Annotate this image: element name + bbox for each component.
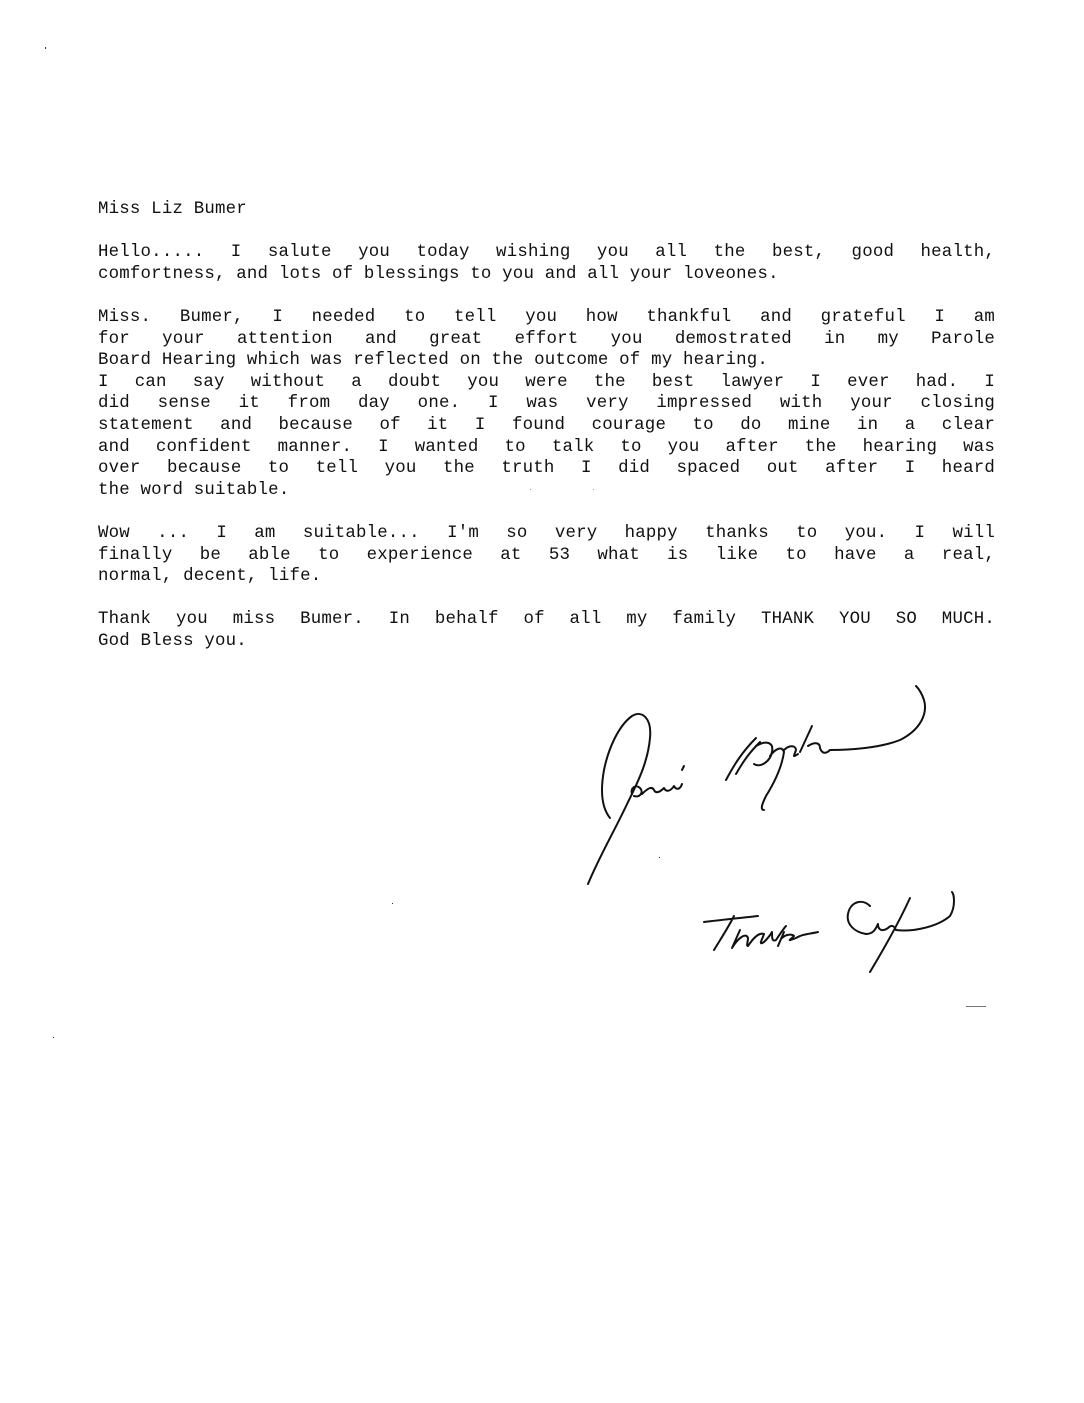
scan-speck [392, 903, 393, 904]
scan-speck [53, 1037, 54, 1038]
salutation: Miss Liz Bumer [98, 199, 995, 221]
scan-speck [659, 857, 660, 858]
signature-thank-you-icon: Thank You [704, 892, 954, 972]
paragraph-greeting: Hello..... I salute you today wishing yo… [98, 242, 995, 285]
text-line: comfortness, and lots of blessings to yo… [98, 264, 995, 286]
scan-speck [530, 489, 531, 490]
scan-speck [593, 489, 594, 490]
handwritten-signature: José Ayala Thank You [570, 670, 990, 1010]
text-line: normal, decent, life. [98, 566, 995, 588]
text-line: I can say without a doubt you were the b… [98, 372, 995, 394]
text-line: Wow ... I am suitable... I'm so very hap… [98, 523, 995, 545]
letter-page: Miss Liz Bumer Hello..... I salute you t… [0, 0, 1084, 1403]
scan-speck [45, 47, 46, 49]
text-line: Thank you miss Bumer. In behalf of all m… [98, 609, 995, 631]
signature-name-jose-icon [588, 714, 684, 884]
text-line: did sense it from day one. I was very im… [98, 393, 995, 415]
paragraph-gratitude: Miss. Bumer, I needed to tell you how th… [98, 307, 995, 501]
letter-body: Miss Liz Bumer Hello..... I salute you t… [98, 199, 995, 674]
text-line: finally be able to experience at 53 what… [98, 545, 995, 567]
text-line: the word suitable. [98, 480, 995, 502]
text-line: over because to tell you the truth I did… [98, 458, 995, 480]
paragraph-suitable: Wow ... I am suitable... I'm so very hap… [98, 523, 995, 588]
text-line: God Bless you. [98, 631, 995, 653]
text-line: Miss. Bumer, I needed to tell you how th… [98, 307, 995, 329]
text-line: Board Hearing which was reflected on the… [98, 350, 995, 372]
text-line: Hello..... I salute you today wishing yo… [98, 242, 995, 264]
signature-name-ayala-icon [726, 686, 925, 810]
text-line: for your attention and great effort you … [98, 329, 995, 351]
text-line: statement and because of it I found cour… [98, 415, 995, 437]
scan-speck [966, 1006, 986, 1007]
paragraph-closing: Thank you miss Bumer. In behalf of all m… [98, 609, 995, 652]
text-line: and confident manner. I wanted to talk t… [98, 437, 995, 459]
